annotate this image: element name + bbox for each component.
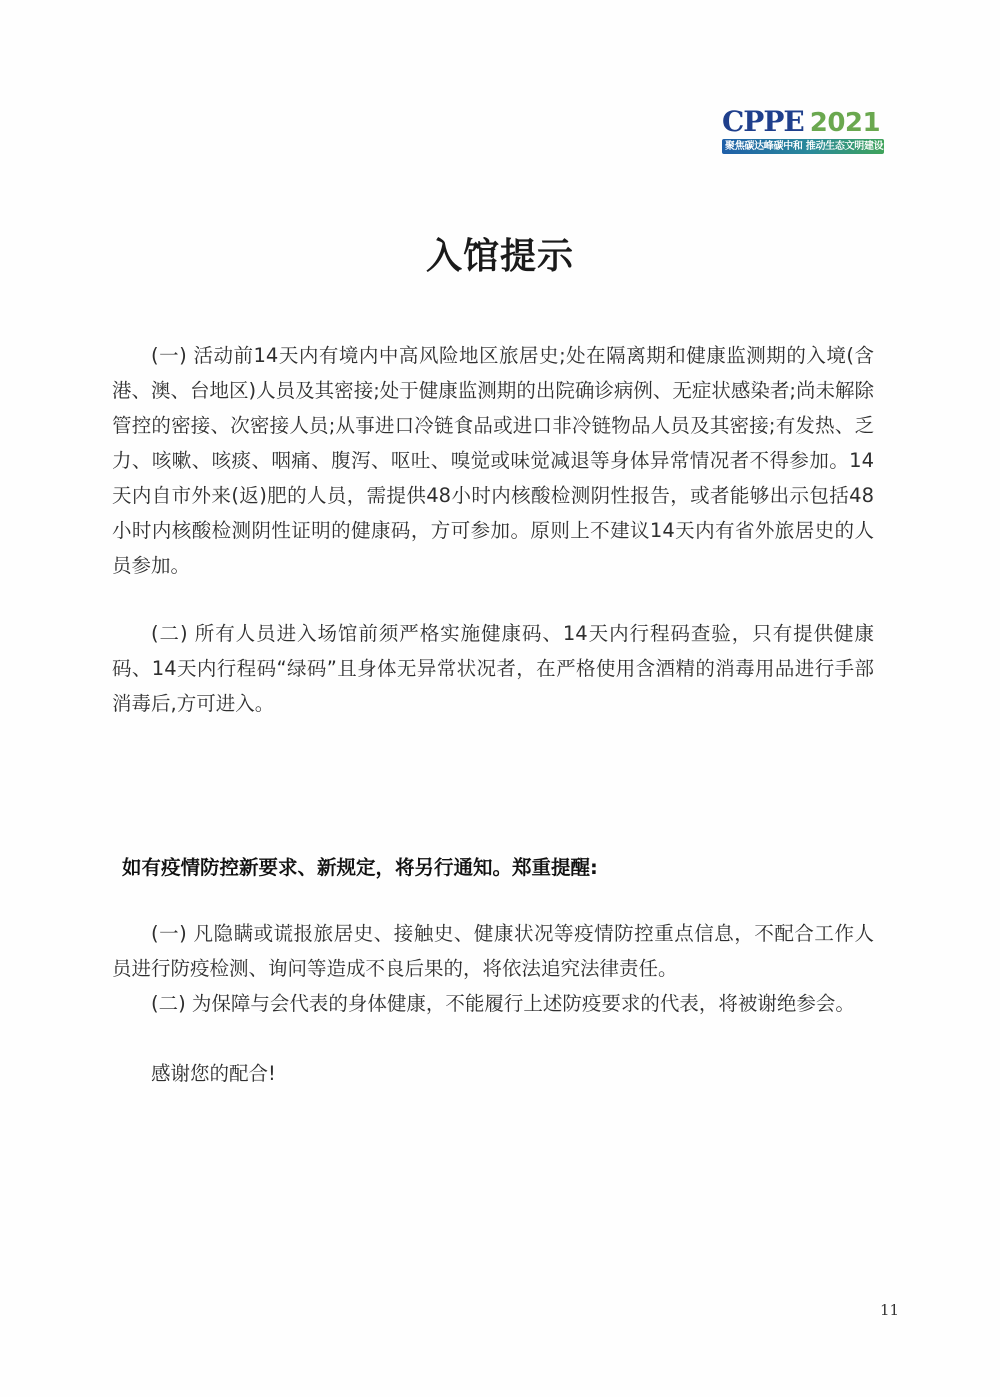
logo-brand: CPPE <box>722 106 804 138</box>
page-number: 11 <box>880 1300 899 1320</box>
logo-slogan-banner: 聚焦碳达峰碳中和 推动生态文明建设 <box>722 139 884 154</box>
reminder-2: (二) 为保障与会代表的身体健康，不能履行上述防疫要求的代表，将被谢绝参会。 <box>112 986 874 1021</box>
page-title: 入馆提示 <box>0 232 1000 282</box>
cppe-logo: CPPE 2021 聚焦碳达峰碳中和 推动生态文明建设 <box>722 106 884 154</box>
reminder-1: (一) 凡隐瞒或谎报旅居史、接触史、健康状况等疫情防控重点信息，不配合工作人员进… <box>112 916 874 986</box>
document-page: CPPE 2021 聚焦碳达峰碳中和 推动生态文明建设 入馆提示 (一) 活动前… <box>0 0 1000 1397</box>
logo-wordmark: CPPE 2021 <box>722 106 884 138</box>
entry-rule-1: (一) 活动前14天内有境内中高风险地区旅居史;处在隔离期和健康监测期的入境(含… <box>112 338 874 583</box>
notice-heading: 如有疫情防控新要求、新规定，将另行通知。郑重提醒: <box>122 850 598 885</box>
entry-rule-2: (二) 所有人员进入场馆前须严格实施健康码、14天内行程码查验，只有提供健康码、… <box>112 616 874 721</box>
closing-thanks: 感谢您的配合! <box>112 1056 874 1091</box>
logo-year: 2021 <box>810 107 880 139</box>
